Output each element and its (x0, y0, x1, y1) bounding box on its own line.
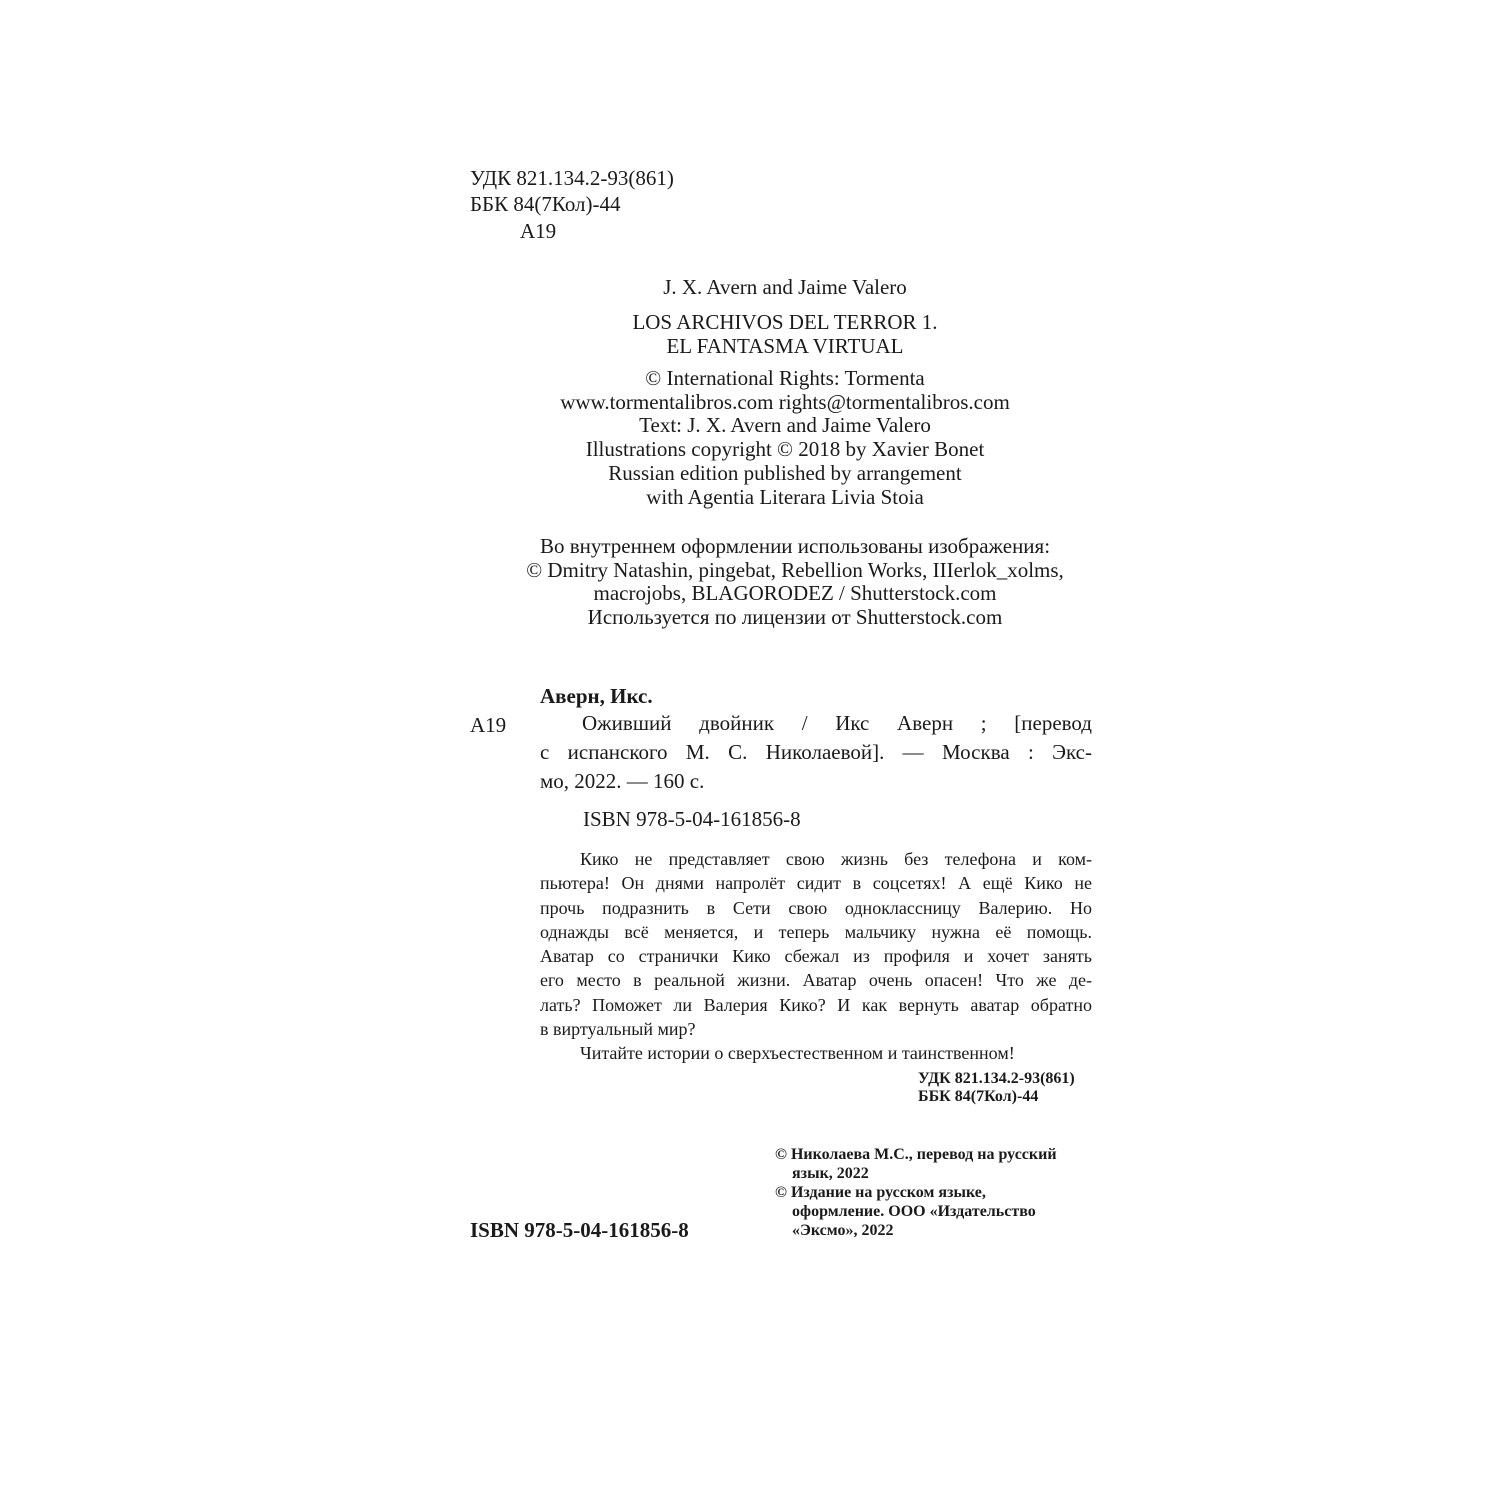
translation-copyright-cont: язык, 2022 (775, 1164, 1095, 1183)
image-credits-line: Во внутреннем оформлении использованы из… (495, 534, 1095, 558)
record-isbn: ISBN 978-5-04-161856-8 (583, 807, 801, 831)
bibliographic-description: Оживший двойник / Икс Аверн ; [перевод с… (540, 709, 1092, 796)
annotation-line: Аватар со странички Кико сбежал из профи… (540, 944, 1092, 968)
image-credits-line: Используется по лицензии от Shutterstock… (495, 605, 1095, 629)
bbk-code-top: ББК 84(7Кол)-44 (470, 192, 621, 216)
rights-line: Text: J. X. Avern and Jaime Valero (470, 413, 1100, 437)
author-mark-top: А19 (520, 219, 556, 243)
udk-code-bottom: УДК 821.134.2-93(861) (918, 1069, 1075, 1088)
annotation-line: прочь подразнить в Сети свою одноклассни… (540, 896, 1092, 920)
udk-code-top: УДК 821.134.2-93(861) (470, 166, 674, 190)
rights-line: © International Rights: Tormenta (470, 366, 1100, 390)
author-mark-record: А19 (470, 713, 506, 737)
original-title-line-2: EL FANTASMA VIRTUAL (470, 334, 1100, 358)
rights-line: Illustrations copyright © 2018 by Xavier… (470, 437, 1100, 461)
original-authors: J. X. Avern and Jaime Valero (470, 275, 1100, 299)
bibliographic-heading: Аверн, Икс. (540, 684, 653, 708)
description-line: с испанского М. С. Николаевой]. — Москва… (540, 738, 1092, 767)
annotation-line: в виртуальный мир? (540, 1017, 1092, 1041)
copyright-block: © Николаева М.С., перевод на русский язы… (775, 1145, 1095, 1240)
annotation-line: пьютера! Он днями напролёт сидит в соцсе… (540, 871, 1092, 895)
annotation-line: однажды всё меняется, и теперь мальчику … (540, 920, 1092, 944)
annotation-line: лать? Поможет ли Валерия Кико? И как вер… (540, 993, 1092, 1017)
bottom-isbn: ISBN 978-5-04-161856-8 (470, 1218, 689, 1242)
rights-line: with Agentia Literara Livia Stoia (470, 485, 1100, 509)
image-credits-line: macrojobs, BLAGORODEZ / Shutterstock.com (495, 581, 1095, 605)
edition-copyright: © Издание на русском языке, (775, 1183, 1095, 1202)
translation-copyright: © Николаева М.С., перевод на русский (775, 1145, 1095, 1164)
image-credits-line: © Dmitry Natashin, pingebat, Rebellion W… (495, 558, 1095, 582)
description-line: Оживший двойник / Икс Аверн ; [перевод (540, 709, 1092, 738)
bbk-code-bottom: ББК 84(7Кол)-44 (918, 1087, 1038, 1106)
annotation-line: его место в реальной жизни. Аватар очень… (540, 968, 1092, 992)
description-line: мо, 2022. — 160 с. (540, 767, 1092, 796)
original-title-line-1: LOS ARCHIVOS DEL TERROR 1. (470, 310, 1100, 334)
edition-copyright-cont: оформление. ООО «Издательство (775, 1202, 1095, 1221)
annotation-closing: Читайте истории о сверхъестественном и т… (540, 1041, 1092, 1065)
rights-links-line: www.tormentalibros.com rights@tormentali… (470, 390, 1100, 414)
annotation: Кико не представляет свою жизнь без теле… (540, 847, 1092, 1066)
annotation-line: Кико не представляет свою жизнь без теле… (540, 847, 1092, 871)
edition-copyright-cont: «Эксмо», 2022 (775, 1221, 1095, 1240)
rights-line: Russian edition published by arrangement (470, 461, 1100, 485)
